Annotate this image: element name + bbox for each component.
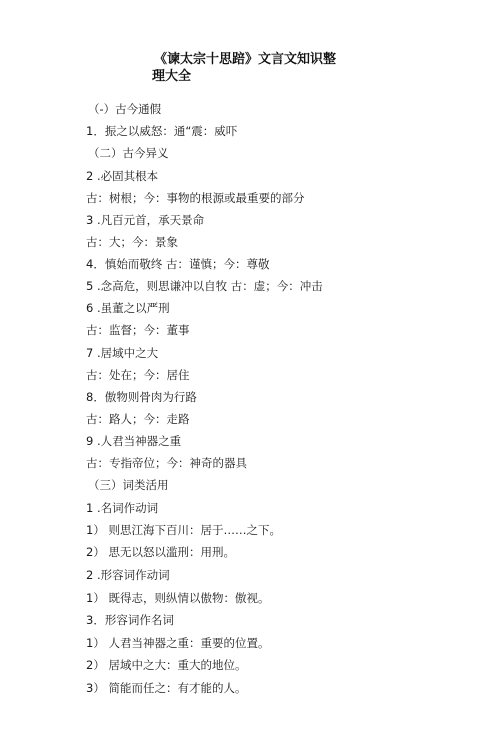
list-item: 1） 人君当神器之重：重要的位置。: [86, 635, 269, 651]
list-item: 3 .凡百元首，承天景命: [86, 212, 204, 228]
list-item: 2） 居域中之大：重大的地位。: [86, 657, 246, 673]
definition-line: 古：监督；今：董事: [86, 322, 190, 338]
list-item: 6 .虽董之以严刑: [86, 300, 170, 316]
list-item: 4．慎始而敬终 古：谨慎；今：尊敬: [86, 256, 269, 272]
list-item: 3．形容词作名词: [86, 612, 174, 628]
list-item: 1．振之以威怒：通“震：威吓: [86, 123, 237, 139]
list-item: 2） 思无以怒以滥刑：用刑。: [86, 544, 235, 560]
section-heading: （二）古今异义: [88, 145, 169, 161]
section-heading: （三）词类活用: [88, 477, 169, 493]
definition-line: 古：大；今：景象: [86, 234, 178, 250]
list-item: 1 .名词作动词: [86, 500, 158, 516]
list-item: 7 .居域中之大: [86, 345, 158, 361]
list-item: 2 .必固其根本: [86, 168, 158, 184]
definition-line: 古：处在；今：居住: [86, 367, 190, 383]
list-item: 3） 简能而任之：有才能的人。: [86, 680, 246, 696]
list-item: 1） 则思江海下百川：居于……之下。: [86, 522, 281, 538]
definition-line: 古：专指帝位；今：神奇的器具: [86, 455, 247, 471]
document-title-line-2: 理大全: [152, 67, 191, 87]
list-item: 1） 既得志，则纵情以傲物：傲视。: [86, 590, 269, 606]
list-item: 8．傲物则骨肉为行路: [86, 389, 197, 405]
definition-line: 古：树根；今：事物的根源或最重要的部分: [86, 190, 305, 206]
list-item: 5 .念高危，则思谦冲以自牧 古：虚；今：冲击: [86, 278, 323, 294]
section-heading: （-）古今通假: [88, 101, 161, 117]
list-item: 2 .形容词作动词: [86, 567, 170, 583]
definition-line: 古：路人；今：走路: [86, 411, 190, 427]
list-item: 9 .人君当神器之重: [86, 433, 181, 449]
